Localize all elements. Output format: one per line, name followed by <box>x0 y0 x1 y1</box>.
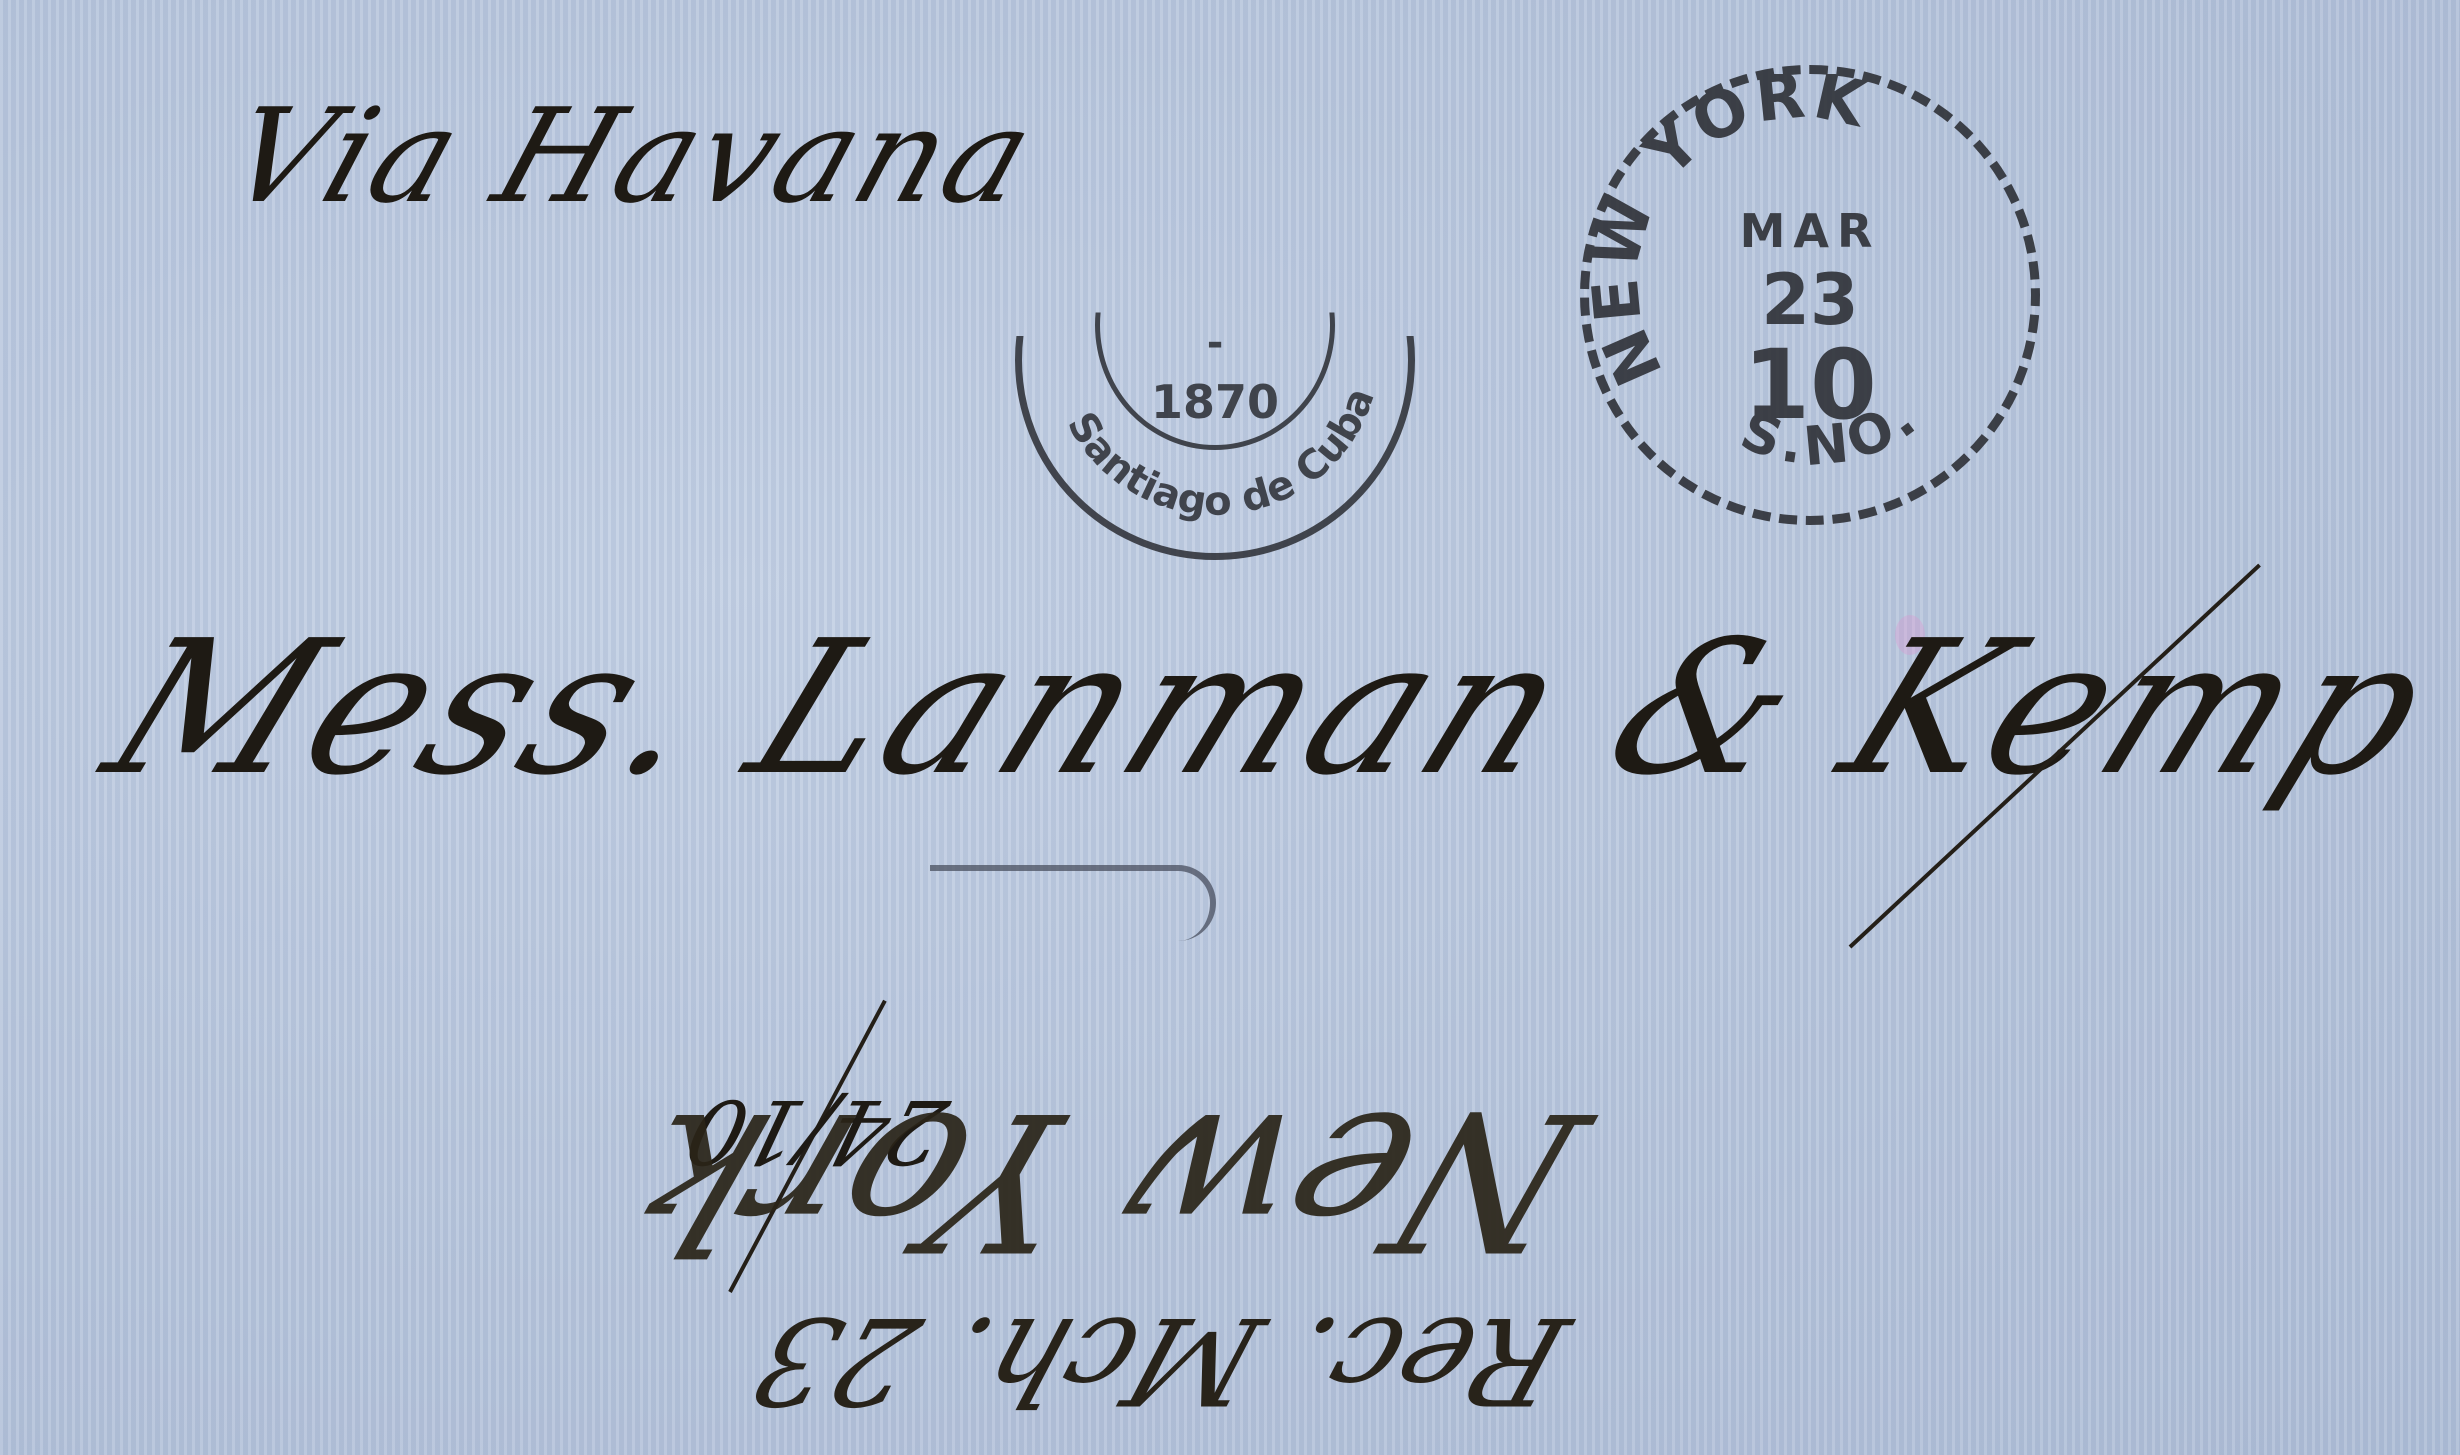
postal-cover: Via Havana - 1870 Santiago de Cuba NEW Y… <box>0 0 2460 1455</box>
new-york-postmark: NEW YORK S.NO. MAR 23 10 <box>1580 65 2040 525</box>
postmark-month: MAR <box>1589 204 2031 258</box>
santiago-de-cuba-postmark: - 1870 Santiago de Cuba <box>1015 280 1415 600</box>
postmark-ring-text: Santiago de Cuba <box>1015 160 1415 560</box>
routing-note: Via Havana <box>210 80 1054 232</box>
docket-note: Rec. Mch. 23 <box>737 1290 1583 1429</box>
postmark-rate: 10 <box>1589 329 2031 441</box>
pencil-flourish <box>930 865 1216 941</box>
svg-text:Santiago de Cuba: Santiago de Cuba <box>1058 382 1384 525</box>
city: New York <box>600 1070 1611 1291</box>
